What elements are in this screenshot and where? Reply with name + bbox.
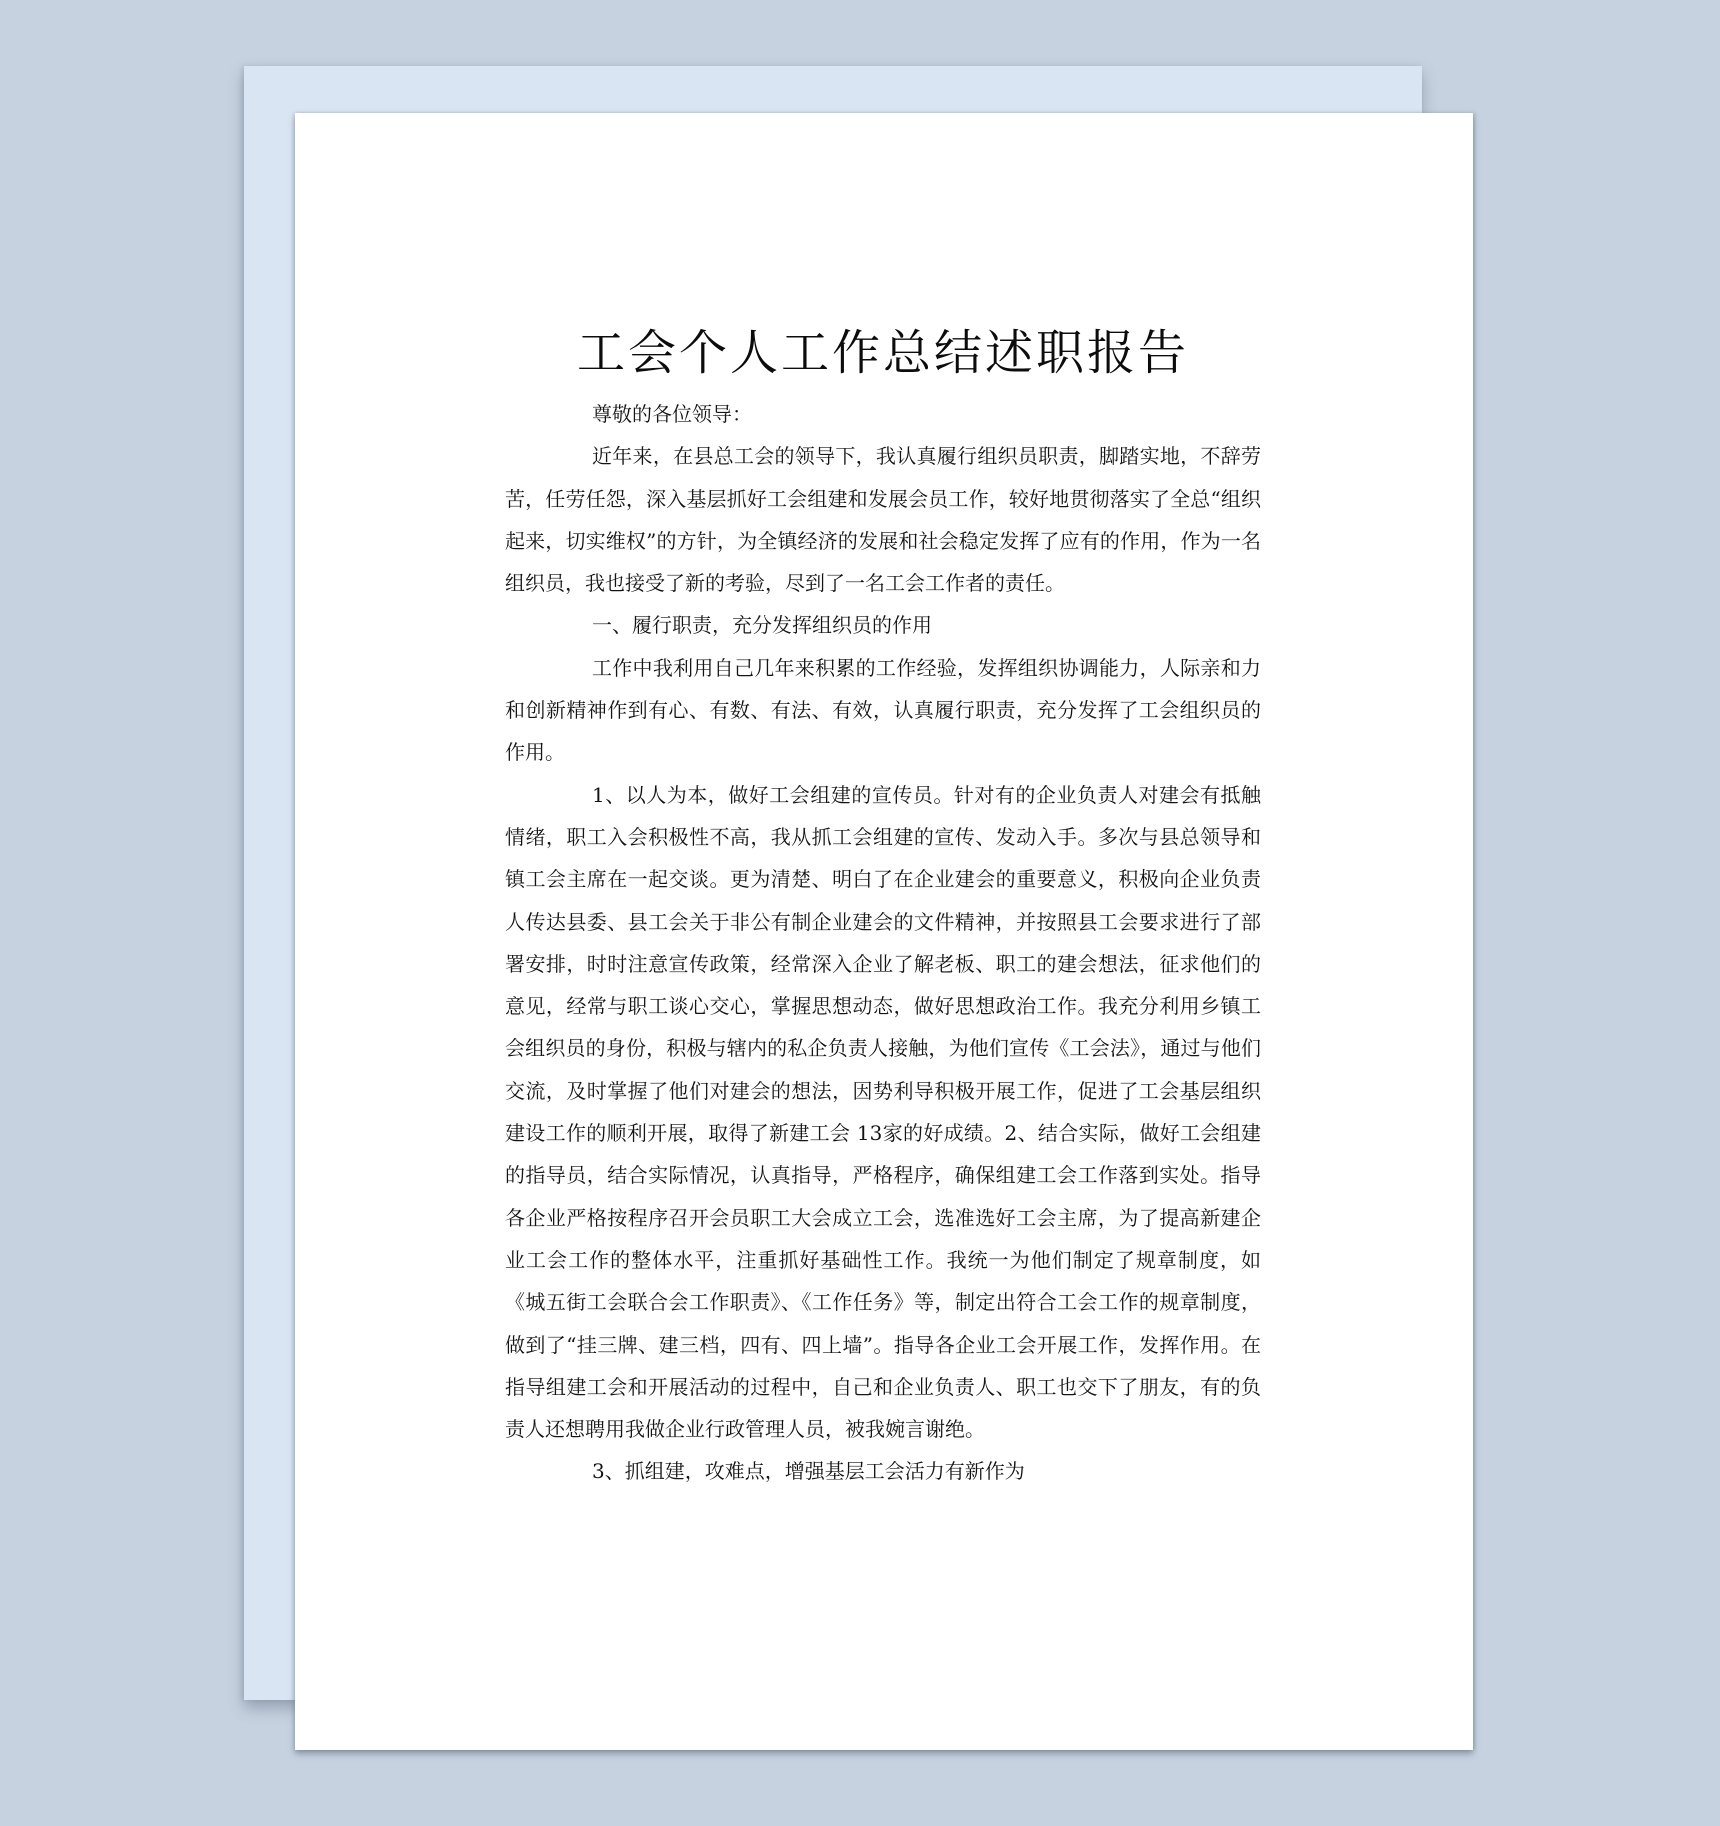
document-content: 工会个人工作总结述职报告 尊敬的各位领导： 近年来，在县总工会的领导下，我认真履… [505,323,1261,1493]
document-page: 工会个人工作总结述职报告 尊敬的各位领导： 近年来，在县总工会的领导下，我认真履… [295,113,1473,1750]
section-heading-3: 3、抓组建，攻难点，增强基层工会活力有新作为 [505,1450,1261,1492]
section-heading-1: 一、履行职责，充分发挥组织员的作用 [505,604,1261,646]
document-title: 工会个人工作总结述职报告 [505,323,1261,383]
salutation: 尊敬的各位领导： [505,393,1261,435]
paragraph-item-1-2: 1、以人为本，做好工会组建的宣传员。针对有的企业负责人对建会有抵触情绪，职工入会… [505,774,1261,1451]
paragraph-intro: 近年来，在县总工会的领导下，我认真履行组织员职责，脚踏实地，不辞劳苦，任劳任怨，… [505,435,1261,604]
paragraph-section-1: 工作中我利用自己几年来积累的工作经验，发挥组织协调能力，人际亲和力和创新精神作到… [505,647,1261,774]
